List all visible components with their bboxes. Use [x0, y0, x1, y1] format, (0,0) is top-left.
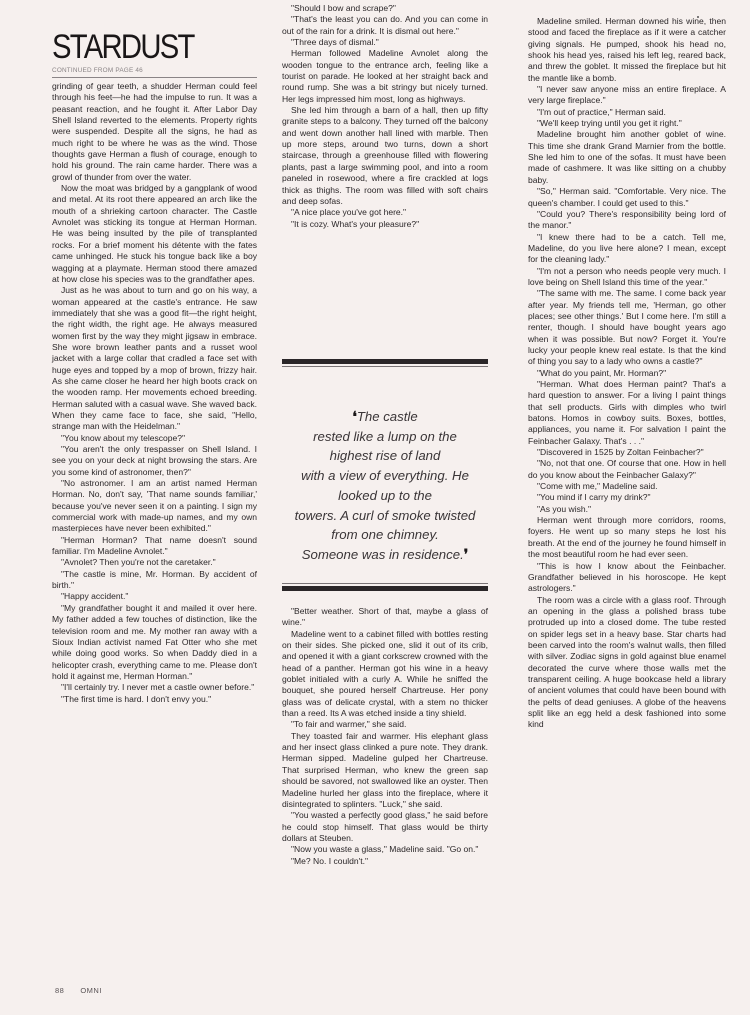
pullquote-line: looked up to the [282, 486, 488, 506]
column-1: grinding of gear teeth, a shudder Herman… [52, 81, 257, 705]
paragraph: Herman went through more corridors, room… [528, 515, 726, 560]
close-quote-mark-icon: ❜ [464, 546, 469, 562]
thin-rule [282, 366, 488, 367]
column-2-bottom: "Better weather. Short of that, maybe a … [282, 606, 488, 867]
paragraph: "This is how I know about the Feinbacher… [528, 561, 726, 595]
paragraph: "Could you? There's responsibility being… [528, 209, 726, 232]
paragraph: "The same with me. The same. I come back… [528, 288, 726, 367]
pullquote-line: ❛The castle [282, 407, 488, 427]
thin-rule [282, 583, 488, 584]
paragraph: "Should I bow and scrape?" [282, 3, 488, 14]
pullquote-line: Someone was in residence.❜ [282, 545, 488, 565]
pull-quote: ❛The castle rested like a lump on the hi… [282, 407, 488, 565]
pullquote-line: towers. A curl of smoke twisted [282, 506, 488, 526]
paragraph: "Herman Horman? That name doesn't sound … [52, 535, 257, 558]
magazine-page: STARDUST CONTINUED FROM PAGE 46 grinding… [0, 0, 750, 1015]
paragraph: "I'm not a person who needs people very … [528, 266, 726, 289]
pullquote-rule-bottom [282, 583, 488, 591]
pullquote-rule-top [282, 359, 488, 367]
paragraph: Just as he was about to turn and go on h… [52, 285, 257, 432]
paragraph: "We'll keep trying until you get it righ… [528, 118, 726, 129]
paragraph: "I'll certainly try. I never met a castl… [52, 682, 257, 693]
thick-rule [282, 586, 488, 591]
page-footer: 88OMNI [55, 986, 118, 995]
paragraph: "My grandfather bought it and mailed it … [52, 603, 257, 682]
paragraph: "Avnolet? Then you're not the caretaker.… [52, 557, 257, 568]
article-header: STARDUST CONTINUED FROM PAGE 46 [52, 30, 257, 78]
paragraph: "Happy accident." [52, 591, 257, 602]
continued-from-note: CONTINUED FROM PAGE 46 [52, 67, 257, 78]
page-number: 88 [55, 986, 64, 995]
paragraph: "No astronomer. I am an artist named Her… [52, 478, 257, 535]
paragraph: "You know about my telescope?" [52, 433, 257, 444]
paragraph: "As you wish." [528, 504, 726, 515]
paragraph: "That's the least you can do. And you ca… [282, 14, 488, 37]
pullquote-line: from one chimney. [282, 525, 488, 545]
paragraph: "Me? No. I couldn't." [282, 856, 488, 867]
paragraph: "The castle is mine, Mr. Horman. By acci… [52, 569, 257, 592]
paragraph: "Three days of dismal." [282, 37, 488, 48]
paragraph: Now the moat was bridged by a gangplank … [52, 183, 257, 285]
paragraph: "What do you paint, Mr. Horman?" [528, 368, 726, 379]
pullquote-line: with a view of everything. He [282, 466, 488, 486]
paragraph: The room was a circle with a glass roof.… [528, 595, 726, 731]
paragraph: "It is cozy. What's your pleasure?" [282, 219, 488, 230]
paragraph: grinding of gear teeth, a shudder Herman… [52, 81, 257, 183]
paragraph: "Better weather. Short of that, maybe a … [282, 606, 488, 629]
paragraph: "Come with me," Madeline said. [528, 481, 726, 492]
article-title: STARDUST [52, 30, 228, 64]
print-speck [697, 16, 699, 18]
column-3: Madeline smiled. Herman downed his wine,… [528, 16, 726, 731]
paragraph: Madeline brought him another goblet of w… [528, 129, 726, 186]
paragraph: "I'm out of practice," Herman said. [528, 107, 726, 118]
paragraph: "Discovered in 1525 by Zoltan Feinbacher… [528, 447, 726, 458]
paragraph: "The first time is hard. I don't envy yo… [52, 694, 257, 705]
paragraph: "To fair and warmer," she said. [282, 719, 488, 730]
paragraph: "I never saw anyone miss an entire firep… [528, 84, 726, 107]
column-2-top: "Should I bow and scrape?""That's the le… [282, 3, 488, 230]
paragraph: She led him through a barn of a hall, th… [282, 105, 488, 207]
paragraph: Madeline went to a cabinet filled with b… [282, 629, 488, 720]
paragraph: "A nice place you've got here." [282, 207, 488, 218]
paragraph: "No, not that one. Of course that one. H… [528, 458, 726, 481]
paragraph: "So," Herman said. "Comfortable. Very ni… [528, 186, 726, 209]
pullquote-line: highest rise of land [282, 446, 488, 466]
paragraph: "You wasted a perfectly good glass," he … [282, 810, 488, 844]
paragraph: "You aren't the only trespasser on Shell… [52, 444, 257, 478]
paragraph: "Herman. What does Herman paint? That's … [528, 379, 726, 447]
magazine-name: OMNI [80, 986, 102, 995]
paragraph: "Now you waste a glass," Madeline said. … [282, 844, 488, 855]
pullquote-line: rested like a lump on the [282, 427, 488, 447]
paragraph: Madeline smiled. Herman downed his wine,… [528, 16, 726, 84]
paragraph: Herman followed Madeline Avnolet along t… [282, 48, 488, 105]
paragraph: "I knew there had to be a catch. Tell me… [528, 232, 726, 266]
thick-rule [282, 359, 488, 364]
paragraph: They toasted fair and warmer. His elepha… [282, 731, 488, 810]
paragraph: "You mind if I carry my drink?" [528, 492, 726, 503]
